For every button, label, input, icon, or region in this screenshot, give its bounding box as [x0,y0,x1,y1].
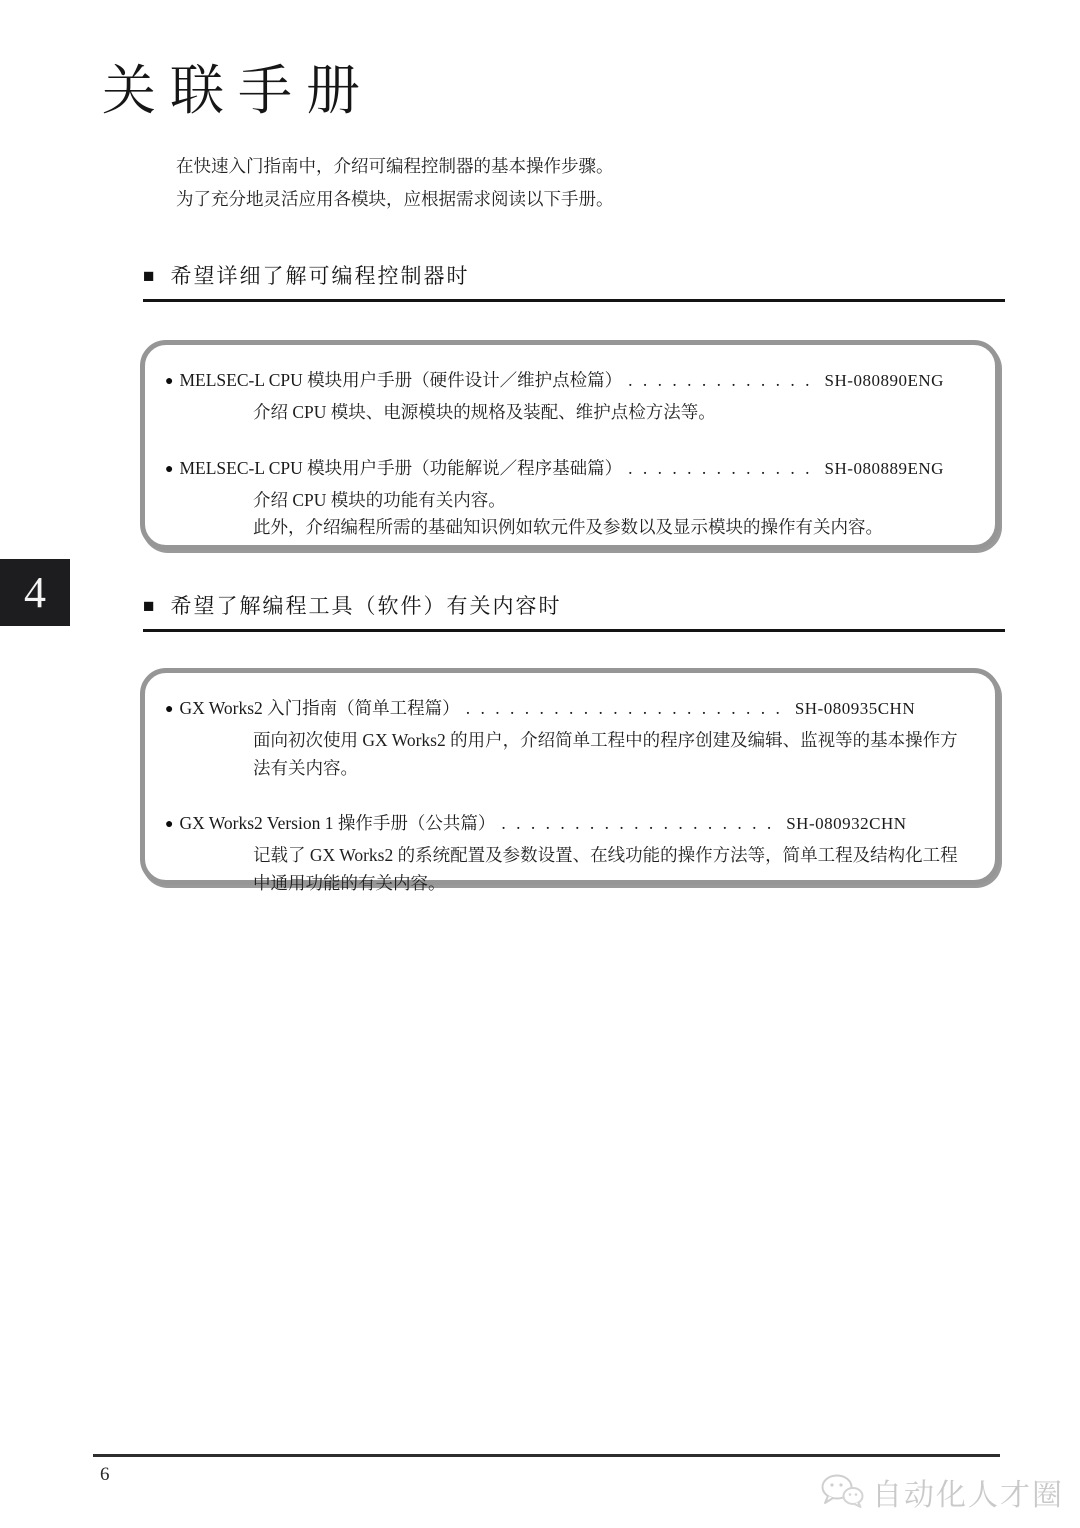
manual-title-line: ●MELSEC-L CPU 模块用户手册（硬件设计／维护点检篇）. . . . … [165,367,973,392]
manual-item: ●GX Works2 Version 1 操作手册（公共篇）. . . . . … [165,810,973,897]
dot-leader: . . . . . . . . . . . . . . . . . . . [501,813,774,833]
section-heading-text: 希望了解编程工具（软件）有关内容时 [170,590,561,620]
intro-line: 在快速入门指南中，介绍可编程控制器的基本操作步骤。 [176,150,614,183]
section-heading: ■ 希望了解编程工具（软件）有关内容时 [143,590,1005,632]
bullet-icon: ● [165,702,173,718]
watermark-text: 自动化人才圈 [872,1470,1064,1514]
manual-title: GX Works2 Version 1 操作手册（公共篇） [179,813,495,833]
manual-description: 此外，介绍编程所需的基础知识例如软元件及参数以及显示模块的操作有关内容。 [253,514,967,542]
dot-leader: . . . . . . . . . . . . . [628,458,812,478]
manual-description: 介绍 CPU 模块、电源模块的规格及装配、维护点检方法等。 [253,399,967,427]
chapter-tab: 4 [0,559,70,626]
section-programming-tool: ■ 希望了解编程工具（软件）有关内容时 [143,590,1005,632]
manual-code: SH-080935CHN [795,699,915,718]
manual-code: SH-080889ENG [825,459,944,478]
square-marker-icon: ■ [143,267,156,286]
manual-code: SH-080890ENG [825,371,944,390]
manual-title-line: ●GX Works2 入门指南（简单工程篇）. . . . . . . . . … [165,695,973,720]
manual-description: 介绍 CPU 模块的功能有关内容。 [253,487,967,515]
footer-rule [93,1454,1000,1457]
dot-leader: . . . . . . . . . . . . . [628,370,812,390]
section-programmable-controller: ■ 希望详细了解可编程控制器时 [143,260,1005,302]
page-title: 关联手册 [102,48,374,125]
page-number: 6 [100,1464,110,1486]
manual-title: MELSEC-L CPU 模块用户手册（硬件设计／维护点检篇） [179,370,622,390]
watermark: 自动化人才圈 [820,1470,1064,1514]
manual-item: ●MELSEC-L CPU 模块用户手册（功能解说／程序基础篇）. . . . … [165,455,973,542]
manual-list-box-cpu: ●MELSEC-L CPU 模块用户手册（硬件设计／维护点检篇）. . . . … [140,340,1000,550]
chapter-number: 4 [24,567,46,618]
section-heading: ■ 希望详细了解可编程控制器时 [143,260,1005,302]
manual-item: ●MELSEC-L CPU 模块用户手册（硬件设计／维护点检篇）. . . . … [165,367,973,427]
section-heading-text: 希望详细了解可编程控制器时 [170,260,469,290]
manual-list-box-gxworks: ●GX Works2 入门指南（简单工程篇）. . . . . . . . . … [140,668,1000,885]
manual-code: SH-080932CHN [786,814,906,833]
manual-description: 记载了 GX Works2 的系统配置及参数设置、在线功能的操作方法等，简单工程… [253,842,967,897]
manual-title-line: ●GX Works2 Version 1 操作手册（公共篇）. . . . . … [165,810,973,835]
manual-description: 面向初次使用 GX Works2 的用户，介绍简单工程中的程序创建及编辑、监视等… [253,727,967,782]
intro-paragraph: 在快速入门指南中，介绍可编程控制器的基本操作步骤。 为了充分地灵活应用各模块，应… [176,150,614,216]
wechat-bubbles-icon [820,1473,864,1511]
intro-line: 为了充分地灵活应用各模块，应根据需求阅读以下手册。 [176,183,614,216]
bullet-icon: ● [165,817,173,833]
manual-item: ●GX Works2 入门指南（简单工程篇）. . . . . . . . . … [165,695,973,782]
square-marker-icon: ■ [143,597,156,616]
manual-title-line: ●MELSEC-L CPU 模块用户手册（功能解说／程序基础篇）. . . . … [165,455,973,480]
bullet-icon: ● [165,462,173,478]
dot-leader: . . . . . . . . . . . . . . . . . . . . … [466,698,783,718]
bullet-icon: ● [165,374,173,390]
manual-title: GX Works2 入门指南（简单工程篇） [179,698,459,718]
manual-title: MELSEC-L CPU 模块用户手册（功能解说／程序基础篇） [179,458,622,478]
